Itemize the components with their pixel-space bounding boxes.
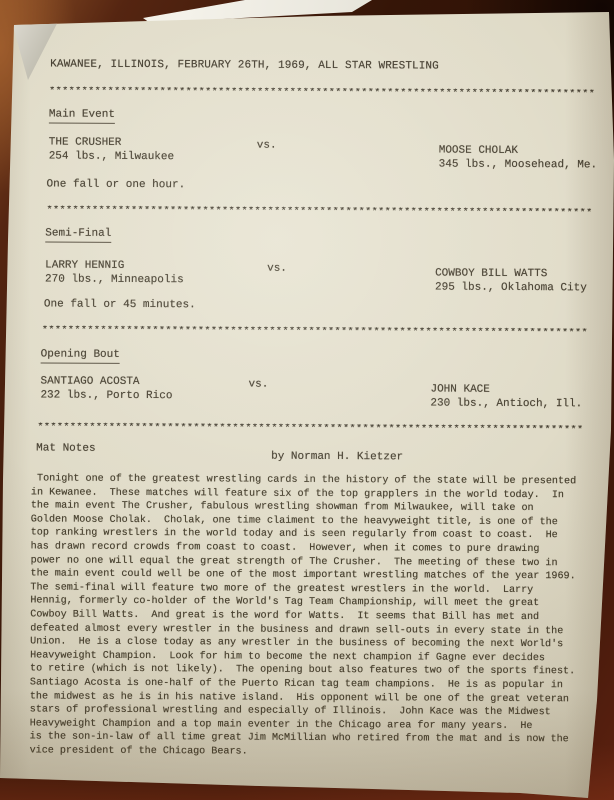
wrestler-name: COWBOY BILL WATTS bbox=[435, 268, 598, 282]
bout-right-wrestler: COWBOY BILL WATTS 295 lbs., Oklahoma Cit… bbox=[435, 268, 598, 296]
bout-left-wrestler: THE CRUSHER 254 lbs., Milwaukee bbox=[49, 137, 257, 171]
wood-table-background: KAWANEE, ILLINOIS, FEBRUARY 26TH, 1969, … bbox=[0, 0, 614, 800]
wrestler-detail: 295 lbs., Oklahoma City bbox=[435, 282, 598, 296]
section-semi-final: Semi-Final bbox=[45, 227, 598, 245]
wrestler-detail: 345 lbs., Moosehead, Me. bbox=[439, 159, 599, 173]
wrestler-name: MOOSE CHOLAK bbox=[439, 145, 599, 159]
page-content: KAWANEE, ILLINOIS, FEBRUARY 26TH, 1969, … bbox=[30, 0, 600, 761]
mat-notes-header-row: Mat Notes by Norman H. Kietzer bbox=[36, 442, 597, 465]
bout-right-wrestler: MOOSE CHOLAK 345 lbs., Moosehead, Me. bbox=[439, 145, 599, 173]
asterisk-divider: ****************************************… bbox=[46, 206, 591, 220]
wrestler-detail: 270 lbs., Minneapolis bbox=[45, 273, 253, 287]
section-title-main-event: Main Event bbox=[49, 109, 115, 124]
section-main-event: Main Event bbox=[49, 109, 599, 127]
wrestler-name: THE CRUSHER bbox=[49, 137, 257, 151]
mat-notes-body: Tonight one of the greatest wrestling ca… bbox=[30, 472, 597, 760]
vs-label: vs. bbox=[257, 138, 439, 172]
section-title-semi-final: Semi-Final bbox=[45, 227, 111, 242]
bout-stipulation: One fall or 45 minutes. bbox=[44, 298, 598, 314]
mat-notes-byline: by Norman H. Kietzer bbox=[271, 451, 403, 465]
bout-left-wrestler: SANTIAGO ACOSTA 232 lbs., Porto Rico bbox=[40, 375, 248, 409]
wrestler-detail: 254 lbs., Milwaukee bbox=[49, 151, 257, 165]
bout-row-semi-final: LARRY HENNIG 270 lbs., Minneapolis vs. C… bbox=[45, 259, 598, 295]
section-opening-bout: Opening Bout bbox=[41, 348, 598, 366]
bout-left-wrestler: LARRY HENNIG 270 lbs., Minneapolis bbox=[45, 259, 253, 293]
wrestler-name: SANTIAGO ACOSTA bbox=[40, 375, 248, 389]
bout-stipulation: One fall or one hour. bbox=[47, 179, 599, 195]
asterisk-divider: ****************************************… bbox=[49, 87, 594, 101]
wrestler-name: LARRY HENNIG bbox=[45, 259, 253, 273]
wrestler-detail: 232 lbs., Porto Rico bbox=[40, 389, 248, 403]
vs-label: vs. bbox=[248, 377, 430, 411]
section-title-opening-bout: Opening Bout bbox=[41, 348, 120, 363]
bout-row-main-event: THE CRUSHER 254 lbs., Milwaukee vs. MOOS… bbox=[49, 137, 599, 173]
bout-row-opening-bout: SANTIAGO ACOSTA 232 lbs., Porto Rico vs.… bbox=[40, 375, 597, 411]
vs-label: vs. bbox=[253, 261, 435, 295]
asterisk-divider: ****************************************… bbox=[42, 325, 587, 339]
wrestler-detail: 230 lbs., Antioch, Ill. bbox=[430, 398, 597, 412]
asterisk-divider: ****************************************… bbox=[37, 422, 582, 436]
wrestler-name: JOHN KACE bbox=[430, 384, 597, 398]
bout-right-wrestler: JOHN KACE 230 lbs., Antioch, Ill. bbox=[430, 384, 597, 412]
wrestling-program-page: KAWANEE, ILLINOIS, FEBRUARY 26TH, 1969, … bbox=[0, 0, 614, 800]
event-header: KAWANEE, ILLINOIS, FEBRUARY 26TH, 1969, … bbox=[50, 59, 599, 75]
